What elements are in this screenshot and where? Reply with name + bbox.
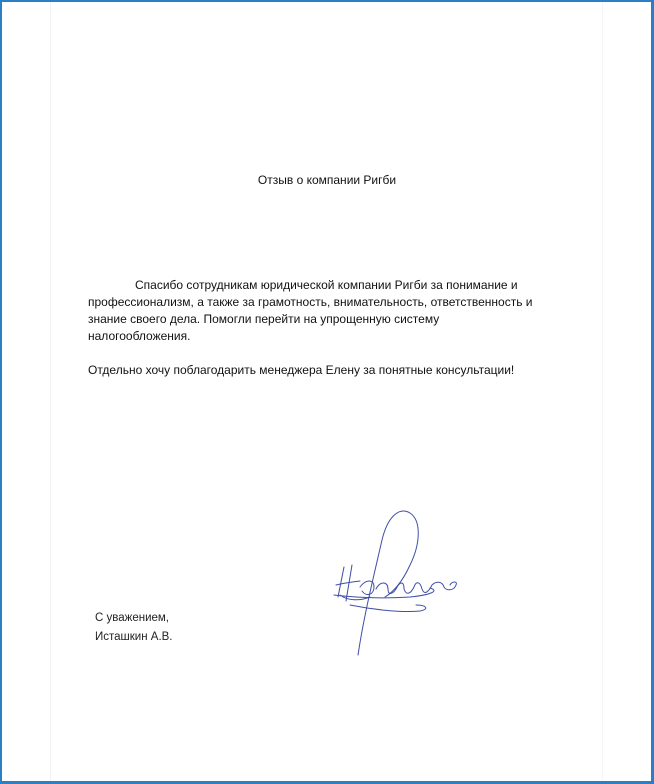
closing-block: С уважением, Исташкин А.В. <box>95 609 173 647</box>
paragraph-manager: Отдельно хочу поблагодарить менеджера Ел… <box>88 362 538 379</box>
signer-name: Исташкин А.В. <box>95 628 173 647</box>
scan-edge <box>50 2 51 781</box>
paragraph-thanks: Спасибо сотрудникам юридической компании… <box>88 277 538 345</box>
scan-edge <box>602 2 603 781</box>
document-body: Спасибо сотрудникам юридической компании… <box>88 277 538 379</box>
handwritten-signature-icon <box>330 505 480 660</box>
salutation: С уважением, <box>95 609 173 628</box>
document-frame <box>0 0 654 784</box>
document-title: Отзыв о компании Ригби <box>0 173 654 187</box>
